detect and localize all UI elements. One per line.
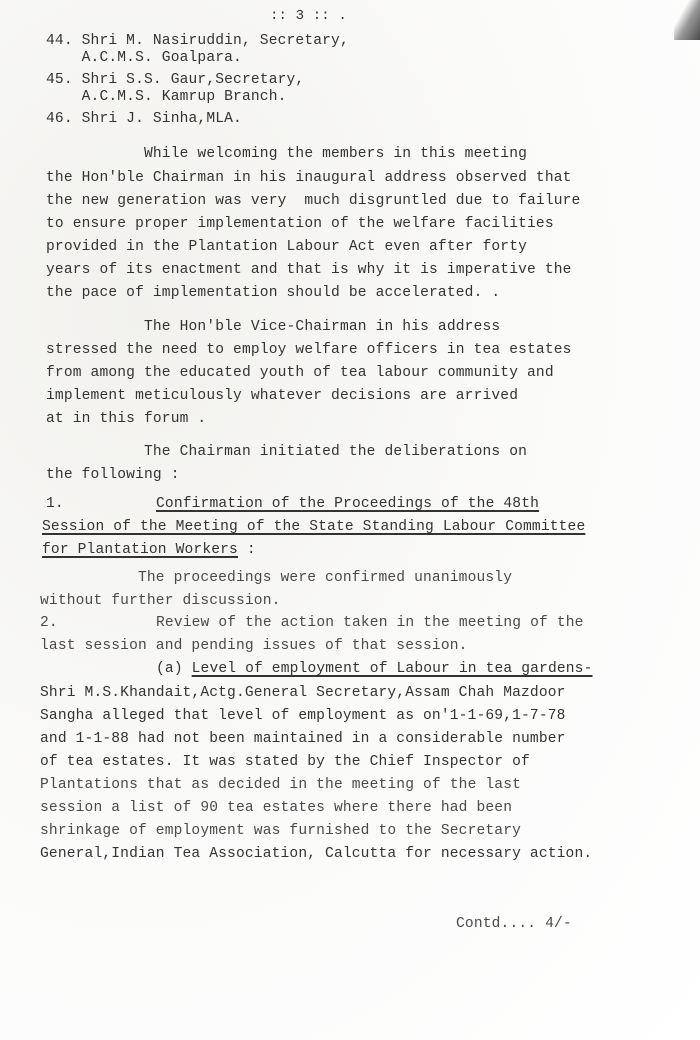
item-1-number: 1.: [46, 496, 64, 512]
vice-chairman-para-line: The Hon'ble Vice-Chairman in his address: [46, 319, 500, 335]
chairman-para-line: the pace of implementation should be acc…: [46, 285, 500, 301]
item-1-body-line: The proceedings were confirmed unanimous…: [40, 570, 512, 586]
page-fold-shadow: [674, 0, 700, 40]
item-2-number: 2.: [40, 615, 58, 631]
attendee-46-line1: 46. Shri J. Sinha,MLA.: [46, 111, 242, 127]
vice-chairman-para-line: stressed the need to employ welfare offi…: [46, 342, 572, 358]
chairman-para-line: provided in the Plantation Labour Act ev…: [46, 239, 527, 255]
item-1-heading-line: for Plantation Workers: [42, 542, 238, 558]
item-2a-body-line: shrinkage of employment was furnished to…: [40, 823, 521, 839]
item-2a-body-line: of tea estates. It was stated by the Chi…: [40, 754, 530, 770]
chairman-para-line: While welcoming the members in this meet…: [46, 146, 527, 162]
page-number: :: 3 :: .: [270, 8, 347, 24]
vice-chairman-para-line: at in this forum .: [46, 411, 206, 427]
attendee-45-line1: 45. Shri S.S. Gaur,Secretary,: [46, 72, 304, 88]
item-2a-body-line: Sangha alleged that level of employment …: [40, 708, 566, 724]
item-2a-heading: (a) Level of employment of Labour in tea…: [156, 661, 593, 677]
continued-note: Contd.... 4/-: [456, 916, 572, 932]
item-2a-body-line: Shri M.S.Khandait,Actg.General Secretary…: [40, 685, 566, 701]
chairman-para-line: to ensure proper implementation of the w…: [46, 216, 554, 232]
vice-chairman-para-line: from among the educated youth of tea lab…: [46, 365, 554, 381]
chairman-para-line: the Hon'ble Chairman in his inaugural ad…: [46, 170, 572, 186]
deliberations-line: The Chairman initiated the deliberations…: [46, 444, 527, 460]
item-2-heading-line1: Review of the action taken in the meetin…: [156, 615, 584, 631]
item-2a-body-line: and 1-1-88 had not been maintained in a …: [40, 731, 566, 747]
vice-chairman-para-line: implement meticulously whatever decision…: [46, 388, 518, 404]
document-page: :: 3 :: . 44. Shri M. Nasiruddin, Secret…: [0, 0, 700, 1040]
item-1-heading-suffix: :: [238, 542, 256, 558]
chairman-para-line: years of its enactment and that is why i…: [46, 262, 572, 278]
item-2a-body-line: session a list of 90 tea estates where t…: [40, 800, 512, 816]
item-2a-body-line: General,Indian Tea Association, Calcutta…: [40, 846, 592, 862]
attendee-45-line2: A.C.M.S. Kamrup Branch.: [46, 89, 287, 105]
item-2a-body-line: Plantations that as decided in the meeti…: [40, 777, 521, 793]
item-1-heading-line: Confirmation of the Proceedings of the 4…: [156, 496, 539, 512]
item-1-heading-line: Session of the Meeting of the State Stan…: [42, 519, 585, 535]
item-1-heading-last: for Plantation Workers :: [42, 542, 256, 558]
item-1-body-line: without further discussion.: [40, 593, 281, 609]
item-2a-label: (a): [156, 661, 192, 677]
attendee-44-line1: 44. Shri M. Nasiruddin, Secretary,: [46, 33, 349, 49]
item-2-heading-line2: last session and pending issues of that …: [40, 638, 468, 654]
deliberations-line: the following :: [46, 467, 180, 483]
chairman-para-line: the new generation was very much disgrun…: [46, 193, 580, 209]
attendee-44-line2: A.C.M.S. Goalpara.: [46, 50, 242, 66]
item-2a-title: Level of employment of Labour in tea gar…: [192, 661, 593, 677]
